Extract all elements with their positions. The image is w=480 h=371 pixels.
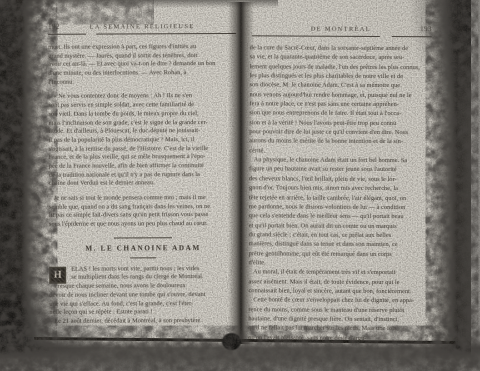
- right-text-column: de la cure du Sacré-Cœur, dans la soixan…: [248, 43, 434, 343]
- left-header-rule-number: [48, 34, 86, 35]
- text-line: prêtre gentilhomme, qui eût été remarqué…: [249, 249, 433, 259]
- right-page-header: DE MONTRÉAL 193: [250, 24, 432, 33]
- paragraph: Je ne sais si tout le monde pensera comm…: [49, 194, 237, 230]
- text-line: sous l'épiderme et que nous ayons un peu…: [49, 220, 237, 230]
- text-line: manières, distingué dans sa tenue et dan…: [249, 240, 433, 250]
- paragraph: mort. Ils ont une expression à part, ces…: [48, 43, 236, 87]
- left-page-header: 192 LA SEMAINE RELIGIEUSE: [48, 22, 236, 31]
- paragraph: de la cure du Sacré-Cœur, dans la soixan…: [248, 43, 434, 343]
- gutter-bottom-shadow-blob: [222, 333, 241, 350]
- text-line: qu'il ne fallait pas lui marcher sur les…: [248, 324, 432, 334]
- page-gutter-shadow: [228, 2, 254, 344]
- scan-strip-far-right: [471, 0, 480, 371]
- text-line: semble que, quand on a du sang français …: [49, 203, 237, 213]
- scan-corner-top-right: [410, 0, 480, 120]
- section-heading: M. LE CHANOINE ADAM: [49, 244, 237, 253]
- text-line: Au moral, il était de tempérament très v…: [249, 268, 433, 278]
- text-line: Cette bonté de cœur s'enveloppait chez l…: [248, 296, 432, 306]
- text-line: que cela s'entende dans le meilleur sens…: [249, 211, 433, 221]
- text-line: sa vie, et la quarante-quatrième de son …: [250, 53, 434, 63]
- left-page-number: 192: [48, 23, 80, 31]
- left-running-title: LA SEMAINE RELIGIEUSE: [80, 23, 204, 31]
- text-line: chaîne dont Verdun est le dernier anneau…: [49, 179, 237, 189]
- book-scan: 192 LA SEMAINE RELIGIEUSE mort. Ils ont …: [0, 0, 480, 371]
- right-running-title: DE MONTRÉAL: [282, 25, 400, 33]
- text-line: l'Inconnu.: [48, 78, 236, 88]
- paragraph: « Ne vous contentez donc de moyens : Ah …: [48, 92, 236, 188]
- heading-underline-rule: [130, 257, 156, 258]
- text-line: avoir cet air-là. — Et avec quoi va-t-on…: [48, 60, 236, 70]
- text-line: aurons du moins le mérite de la bonne in…: [249, 137, 433, 147]
- section-divider-rule: [114, 237, 172, 238]
- text-line: gnon d'or. Toujours bien mis, sinon mis …: [249, 183, 433, 193]
